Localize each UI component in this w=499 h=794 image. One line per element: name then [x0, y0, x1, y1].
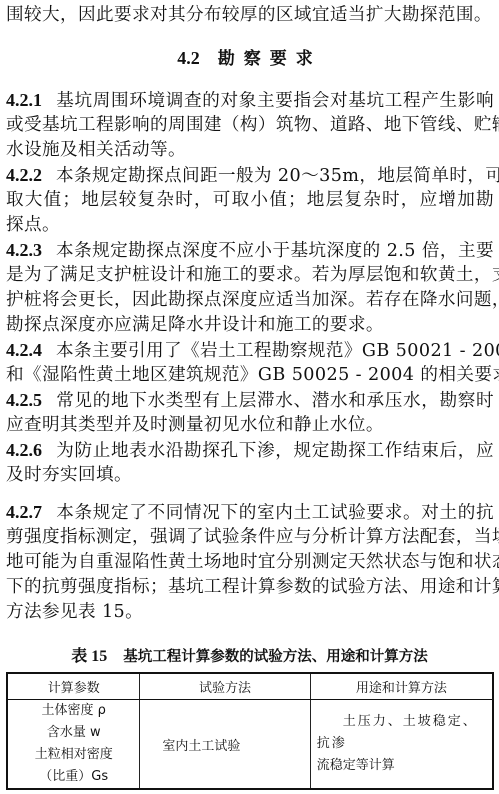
table-row: 土体密度 ρ 含水量 w 土粒相对密度 （比重）Gs 室内土工试验 土压力、土坡… [7, 700, 493, 790]
clause-line: 勘探点深度亦应满足降水井设计和施工的要求。 [6, 313, 494, 338]
clause-line: 地可能为自重湿陷性黄土场地时宜分别测定天然状态与饱和状态 [6, 550, 494, 575]
clause-text: 常见的地下水类型有上层滞水、潜水和承压水，勘察时 [56, 391, 494, 411]
document-page: 围较大，因此要求对其分布较厚的区域宜适当扩大勘探范围。 4.2勘察要求 4.2.… [0, 0, 499, 794]
parameter-density: 土体密度 ρ [8, 700, 139, 722]
table-header-row: 计算参数 试验方法 用途和计算方法 [7, 673, 493, 700]
clause-line: 剪强度指标测定，强调了试验条件应与分析计算方法配套，当场 [6, 525, 494, 550]
clause-line: 水设施及相关活动等。 [6, 138, 494, 163]
usage-cell: 土压力、土坡稳定、抗渗 流稳定等计算 [310, 700, 493, 790]
clause-number: 4.2.7 [6, 502, 42, 522]
clause-line: 下的抗剪强度指标；基坑工程计算参数的试验方法、用途和计算 [6, 575, 494, 600]
clause-number: 4.2.4 [6, 340, 42, 360]
section-heading: 4.2勘察要求 [0, 45, 499, 71]
clause-4-2-1: 4.2.1基坑周围环境调查的对象主要指会对基坑工程产生影响 [6, 88, 494, 113]
clause-text: 基坑周围环境调查的对象主要指会对基坑工程产生影响 [56, 91, 494, 111]
table-caption: 表 15基坑工程计算参数的试验方法、用途和计算方法 [0, 646, 499, 668]
table-15: 计算参数 试验方法 用途和计算方法 土体密度 ρ 含水量 w 土粒相对密度 （比… [6, 672, 494, 790]
parameter-relative-density: 土粒相对密度 [8, 744, 139, 766]
parameter-specific-gravity: （比重）Gs [8, 766, 139, 788]
clause-line: 应查明其类型并及时测量初见水位和静止水位。 [6, 413, 494, 438]
clause-line: 和《湿陷性黄土地区建筑规范》GB 50025 - 2004 的相关要求。 [6, 363, 494, 388]
parameter-water-content: 含水量 w [8, 722, 139, 744]
clause-text: 本条规定了不同情况下的室内土工试验要求。对土的抗 [56, 503, 494, 523]
clause-line: 护桩将会更长，因此勘探点深度应适当加深。若存在降水问题， [6, 288, 494, 313]
table-number: 表 15 [71, 648, 107, 665]
clause-line: 方法参见表 15。 [6, 600, 494, 625]
clause-text: 本条主要引用了《岩土工程勘察规范》GB 50021 - 2001 [56, 341, 499, 361]
clause-line: 或受基坑工程影响的周围建（构）筑物、道路、地下管线、贮输 [6, 113, 494, 138]
section-number: 4.2 [177, 48, 200, 68]
clause-text: 本条规定勘探点深度不应小于基坑深度的 2.5 倍，主要 [56, 241, 494, 261]
clause-number: 4.2.6 [6, 440, 42, 460]
clause-number: 4.2.2 [6, 165, 42, 185]
clause-4-2-6: 4.2.6为防止地表水沿勘探孔下渗，规定勘探工作结束后，应 [6, 438, 494, 463]
clause-4-2-4: 4.2.4本条主要引用了《岩土工程勘察规范》GB 50021 - 2001 [6, 338, 494, 363]
intro-line: 围较大，因此要求对其分布较厚的区域宜适当扩大勘探范围。 [6, 3, 494, 28]
usage-line: 流稳定等计算 [317, 755, 488, 777]
clause-4-2-7: 4.2.7本条规定了不同情况下的室内土工试验要求。对土的抗 [6, 500, 494, 525]
table-title: 基坑工程计算参数的试验方法、用途和计算方法 [123, 649, 428, 665]
clause-line: 是为了满足支护桩设计和施工的要求。若为厚层饱和软黄土，支 [6, 263, 494, 288]
clause-line: 取大值；地层较复杂时，可取小值；地层复杂时，应增加勘 [6, 188, 494, 213]
clause-number: 4.2.5 [6, 390, 42, 410]
clause-4-2-5: 4.2.5常见的地下水类型有上层滞水、潜水和承压水，勘察时 [6, 388, 494, 413]
clause-4-2-3: 4.2.3本条规定勘探点深度不应小于基坑深度的 2.5 倍，主要 [6, 238, 494, 263]
column-header-test-method: 试验方法 [140, 673, 310, 700]
column-header-parameters: 计算参数 [7, 673, 140, 700]
clause-text: 本条规定勘探点间距一般为 20～35m，地层简单时，可 [56, 166, 499, 186]
clause-number: 4.2.3 [6, 240, 42, 260]
clause-line: 及时夯实回填。 [6, 463, 494, 488]
column-header-usage: 用途和计算方法 [310, 673, 493, 700]
parameters-cell: 土体密度 ρ 含水量 w 土粒相对密度 （比重）Gs [7, 700, 140, 790]
section-title: 勘察要求 [218, 49, 322, 69]
clause-line: 探点。 [6, 213, 494, 238]
clause-text: 为防止地表水沿勘探孔下渗，规定勘探工作结束后，应 [56, 441, 494, 461]
usage-line: 土压力、土坡稳定、抗渗 [317, 711, 488, 755]
clause-4-2-2: 4.2.2本条规定勘探点间距一般为 20～35m，地层简单时，可 [6, 163, 494, 188]
clause-number: 4.2.1 [6, 90, 42, 110]
test-method-cell: 室内土工试验 [140, 700, 310, 790]
